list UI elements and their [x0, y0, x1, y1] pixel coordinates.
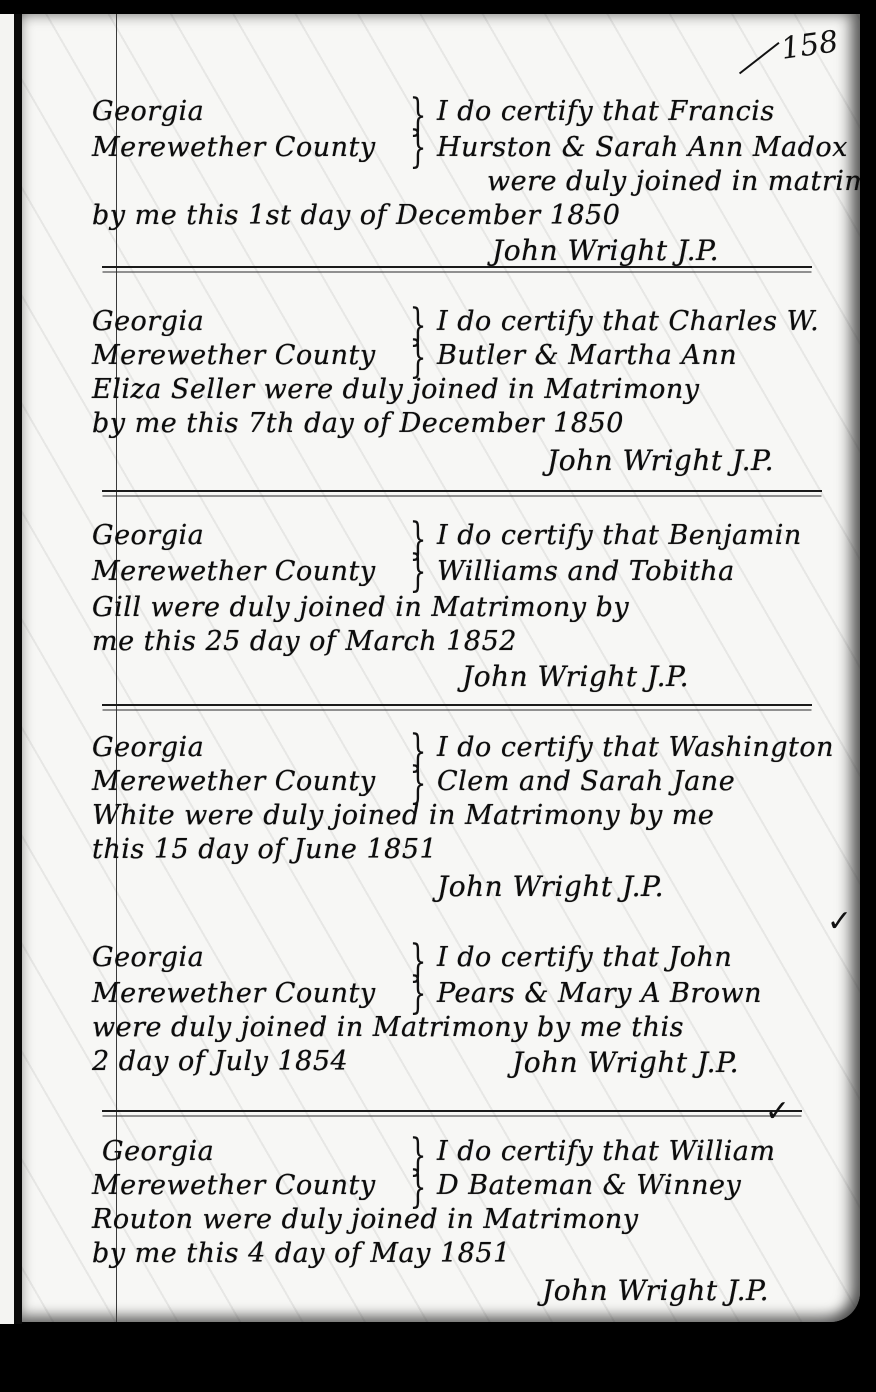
entry-state: Georgia: [92, 732, 204, 763]
entry-state: Georgia: [92, 942, 204, 973]
entry-state: Georgia: [102, 1136, 214, 1167]
entry-line-3: Routon were duly joined in Matrimony: [92, 1204, 639, 1235]
entry-line-1: I do certify that John: [437, 942, 732, 973]
entry-line-3: Eliza Seller were duly joined in Matrimo…: [92, 374, 700, 405]
entry-line-2: Pears & Mary A Brown: [437, 978, 762, 1009]
binding-shadow: [14, 14, 22, 1324]
entry-line-2: Clem and Sarah Jane: [437, 766, 735, 797]
entry-line-1: I do certify that Francis: [437, 96, 775, 127]
entry-line-1: I do certify that Washington: [437, 732, 834, 763]
entry-state: Georgia: [92, 96, 204, 127]
entry-separator: [102, 490, 822, 492]
entry-line-4: by me this 7th day of December 1850: [92, 408, 624, 439]
entry-line-2: Hurston & Sarah Ann Madox: [437, 132, 848, 163]
entry-state: Georgia: [92, 306, 204, 337]
entry-county: Merewether County: [92, 556, 376, 587]
entry-county: Merewether County: [92, 978, 376, 1009]
brace-icon: }: [410, 126, 427, 170]
entry-line-2: Butler & Martha Ann: [437, 340, 737, 371]
entry-line-3: Gill were duly joined in Matrimony by: [92, 592, 629, 623]
entry-line-3: were duly joined in Matrimony by me this: [92, 1012, 684, 1043]
entry-line-1: I do certify that Charles W.: [437, 306, 819, 337]
entry-separator: [102, 1110, 802, 1112]
entry-county: Merewether County: [92, 132, 376, 163]
entry-line-4: by me this 1st day of December 1850: [92, 200, 620, 231]
entry-state: Georgia: [92, 520, 204, 551]
entry-signature: John Wright J.P.: [512, 1046, 739, 1079]
entry-line-4: me this 25 day of March 1852: [92, 626, 517, 657]
entry-separator: [102, 704, 812, 706]
entry-line-3: were duly joined in matrimony: [487, 166, 860, 197]
entry-line-1: I do certify that William: [437, 1136, 775, 1167]
entry-line-2: Williams and Tobitha: [437, 556, 735, 587]
entry-separator: [102, 266, 812, 268]
entry-county: Merewether County: [92, 766, 376, 797]
register-page: 158 Georgia Merewether County } } I do c…: [22, 14, 860, 1322]
entry-line-1: I do certify that Benjamin: [437, 520, 802, 551]
brace-icon: }: [410, 972, 427, 1016]
entry-line-4: 2 day of July 1854: [92, 1046, 348, 1077]
entry-county: Merewether County: [92, 1170, 376, 1201]
scan-edge-left: [0, 14, 14, 1324]
entry-line-4: this 15 day of June 1851: [92, 834, 437, 865]
page-number: 158: [779, 24, 841, 67]
entry-signature: John Wright J.P.: [492, 234, 719, 267]
margin-check-mark: ✓: [765, 1094, 790, 1129]
margin-check-mark: ✓: [827, 904, 852, 939]
entry-line-4: by me this 4 day of May 1851: [92, 1238, 511, 1269]
entry-signature: John Wright J.P.: [542, 1274, 769, 1307]
entry-line-2: D Bateman & Winney: [437, 1170, 741, 1201]
entry-signature: John Wright J.P.: [462, 660, 689, 693]
entry-county: Merewether County: [92, 340, 376, 371]
entry-signature: John Wright J.P.: [437, 870, 664, 903]
entry-signature: John Wright J.P.: [547, 444, 774, 477]
brace-icon: }: [410, 550, 427, 594]
entry-line-3: White were duly joined in Matrimony by m…: [92, 800, 714, 831]
